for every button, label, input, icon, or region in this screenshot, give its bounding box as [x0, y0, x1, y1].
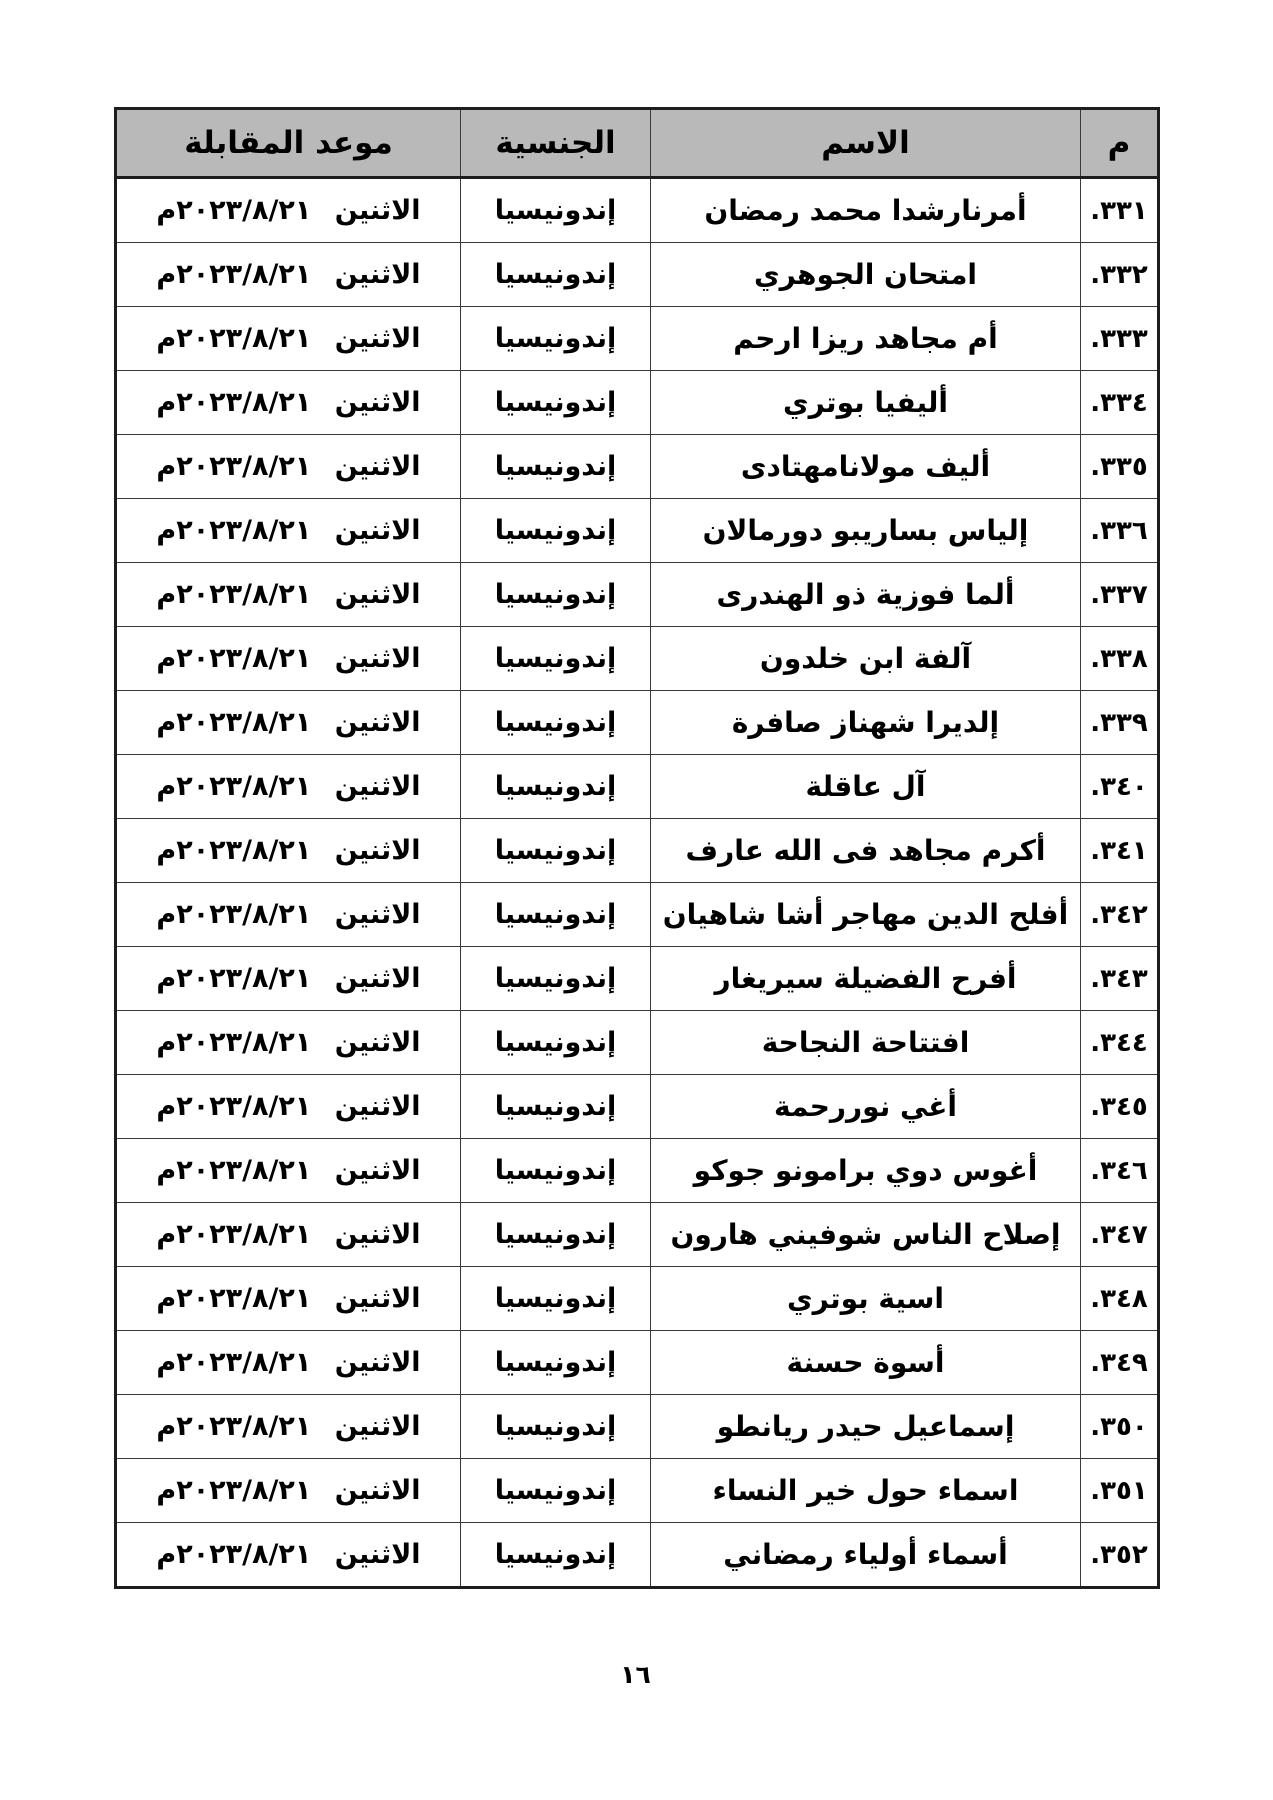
row-appointment-cell: الاثنين ٢٠٢٣/٨/٢١م [116, 819, 461, 883]
table-row: ٣٥١. اسماء حول خير النساء إندونيسيا الاث… [116, 1459, 1159, 1523]
row-name-cell: أغي نوررحمة [651, 1075, 1081, 1139]
row-name-cell: ألما فوزية ذو الهندرى [651, 563, 1081, 627]
row-appointment-cell: الاثنين ٢٠٢٣/٨/٢١م [116, 1523, 461, 1588]
row-name-cell: إلياس بساريبو دورمالان [651, 499, 1081, 563]
row-nationality-cell: إندونيسيا [461, 691, 651, 755]
row-number-cell: ٣٤٩. [1081, 1331, 1159, 1395]
table-row: ٣٤٢. أفلح الدين مهاجر أشا شاهيان إندونيس… [116, 883, 1159, 947]
row-number-cell: ٣٣٦. [1081, 499, 1159, 563]
table-row: ٣٣٢. امتحان الجوهري إندونيسيا الاثنين ٢٠… [116, 243, 1159, 307]
row-appointment-cell: الاثنين ٢٠٢٣/٨/٢١م [116, 307, 461, 371]
row-name-cell: إصلاح الناس شوفيني هارون [651, 1203, 1081, 1267]
table-row: ٣٤٦. أغوس دوي برامونو جوكو إندونيسيا الا… [116, 1139, 1159, 1203]
table-row: ٣٤٣. أفرح الفضيلة سيريغار إندونيسيا الاث… [116, 947, 1159, 1011]
row-nationality-cell: إندونيسيا [461, 755, 651, 819]
row-name-cell: افتتاحة النجاحة [651, 1011, 1081, 1075]
row-appointment-cell: الاثنين ٢٠٢٣/٨/٢١م [116, 563, 461, 627]
row-nationality-cell: إندونيسيا [461, 563, 651, 627]
row-name-cell: أسماء أولياء رمضاني [651, 1523, 1081, 1588]
row-appointment-cell: الاثنين ٢٠٢٣/٨/٢١م [116, 1459, 461, 1523]
row-nationality-cell: إندونيسيا [461, 1331, 651, 1395]
row-name-cell: أكرم مجاهد فى الله عارف [651, 819, 1081, 883]
table-row: ٣٣٨. آلفة ابن خلدون إندونيسيا الاثنين ٢٠… [116, 627, 1159, 691]
table-row: ٣٤٧. إصلاح الناس شوفيني هارون إندونيسيا … [116, 1203, 1159, 1267]
row-nationality-cell: إندونيسيا [461, 435, 651, 499]
row-number-cell: ٣٣٧. [1081, 563, 1159, 627]
table-row: ٣٤٨. اسية بوتري إندونيسيا الاثنين ٢٠٢٣/٨… [116, 1267, 1159, 1331]
row-appointment-cell: الاثنين ٢٠٢٣/٨/٢١م [116, 1011, 461, 1075]
row-name-cell: أم مجاهد ريزا ارحم [651, 307, 1081, 371]
table-row: ٣٣٧. ألما فوزية ذو الهندرى إندونيسيا الا… [116, 563, 1159, 627]
row-appointment-cell: الاثنين ٢٠٢٣/٨/٢١م [116, 371, 461, 435]
table-body: ٣٣١. أمرنارشدا محمد رمضان إندونيسيا الاث… [116, 178, 1159, 1588]
row-number-cell: ٣٤٦. [1081, 1139, 1159, 1203]
table-row: ٣٣٣. أم مجاهد ريزا ارحم إندونيسيا الاثني… [116, 307, 1159, 371]
header-appointment: موعد المقابلة [116, 109, 461, 178]
row-name-cell: اسماء حول خير النساء [651, 1459, 1081, 1523]
row-nationality-cell: إندونيسيا [461, 1075, 651, 1139]
row-number-cell: ٣٤٨. [1081, 1267, 1159, 1331]
row-nationality-cell: إندونيسيا [461, 627, 651, 691]
row-number-cell: ٣٣٩. [1081, 691, 1159, 755]
row-name-cell: أفرح الفضيلة سيريغار [651, 947, 1081, 1011]
row-nationality-cell: إندونيسيا [461, 1139, 651, 1203]
row-number-cell: ٣٤٤. [1081, 1011, 1159, 1075]
table-row: ٣٣٤. أليفيا بوتري إندونيسيا الاثنين ٢٠٢٣… [116, 371, 1159, 435]
page-number: ١٦ [114, 1660, 1157, 1689]
row-appointment-cell: الاثنين ٢٠٢٣/٨/٢١م [116, 1075, 461, 1139]
table-row: ٣٥٠. إسماعيل حيدر ريانطو إندونيسيا الاثن… [116, 1395, 1159, 1459]
table-row: ٣٤٩. أسوة حسنة إندونيسيا الاثنين ٢٠٢٣/٨/… [116, 1331, 1159, 1395]
row-appointment-cell: الاثنين ٢٠٢٣/٨/٢١م [116, 883, 461, 947]
row-name-cell: امتحان الجوهري [651, 243, 1081, 307]
row-nationality-cell: إندونيسيا [461, 178, 651, 243]
row-nationality-cell: إندونيسيا [461, 1267, 651, 1331]
row-appointment-cell: الاثنين ٢٠٢٣/٨/٢١م [116, 1395, 461, 1459]
row-number-cell: ٣٣٨. [1081, 627, 1159, 691]
row-name-cell: أسوة حسنة [651, 1331, 1081, 1395]
header-number: م [1081, 109, 1159, 178]
row-number-cell: ٣٤٠. [1081, 755, 1159, 819]
row-number-cell: ٣٤٧. [1081, 1203, 1159, 1267]
row-appointment-cell: الاثنين ٢٠٢٣/٨/٢١م [116, 947, 461, 1011]
row-appointment-cell: الاثنين ٢٠٢٣/٨/٢١م [116, 178, 461, 243]
row-name-cell: أليف مولانامهتادى [651, 435, 1081, 499]
row-appointment-cell: الاثنين ٢٠٢٣/٨/٢١م [116, 1139, 461, 1203]
row-appointment-cell: الاثنين ٢٠٢٣/٨/٢١م [116, 1203, 461, 1267]
table-row: ٣٤٥. أغي نوررحمة إندونيسيا الاثنين ٢٠٢٣/… [116, 1075, 1159, 1139]
row-appointment-cell: الاثنين ٢٠٢٣/٨/٢١م [116, 755, 461, 819]
row-nationality-cell: إندونيسيا [461, 1459, 651, 1523]
row-nationality-cell: إندونيسيا [461, 243, 651, 307]
row-number-cell: ٣٥٠. [1081, 1395, 1159, 1459]
table-row: ٣٥٢. أسماء أولياء رمضاني إندونيسيا الاثن… [116, 1523, 1159, 1588]
header-name: الاسم [651, 109, 1081, 178]
row-name-cell: أفلح الدين مهاجر أشا شاهيان [651, 883, 1081, 947]
row-nationality-cell: إندونيسيا [461, 1395, 651, 1459]
row-number-cell: ٣٤٥. [1081, 1075, 1159, 1139]
row-number-cell: ٣٥١. [1081, 1459, 1159, 1523]
row-nationality-cell: إندونيسيا [461, 1011, 651, 1075]
table-row: ٣٣١. أمرنارشدا محمد رمضان إندونيسيا الاث… [116, 178, 1159, 243]
row-number-cell: ٣٥٢. [1081, 1523, 1159, 1588]
row-appointment-cell: الاثنين ٢٠٢٣/٨/٢١م [116, 499, 461, 563]
row-nationality-cell: إندونيسيا [461, 499, 651, 563]
header-row: م الاسم الجنسية موعد المقابلة [116, 109, 1159, 178]
row-appointment-cell: الاثنين ٢٠٢٣/٨/٢١م [116, 435, 461, 499]
row-appointment-cell: الاثنين ٢٠٢٣/٨/٢١م [116, 627, 461, 691]
interview-schedule-table: م الاسم الجنسية موعد المقابلة ٣٣١. أمرنا… [114, 107, 1160, 1589]
row-nationality-cell: إندونيسيا [461, 883, 651, 947]
table-row: ٣٣٦. إلياس بساريبو دورمالان إندونيسيا ال… [116, 499, 1159, 563]
row-name-cell: إسماعيل حيدر ريانطو [651, 1395, 1081, 1459]
row-number-cell: ٣٤٢. [1081, 883, 1159, 947]
row-appointment-cell: الاثنين ٢٠٢٣/٨/٢١م [116, 243, 461, 307]
table-row: ٣٣٩. إلديرا شهناز صافرة إندونيسيا الاثني… [116, 691, 1159, 755]
row-nationality-cell: إندونيسيا [461, 371, 651, 435]
row-nationality-cell: إندونيسيا [461, 819, 651, 883]
row-number-cell: ٣٣٢. [1081, 243, 1159, 307]
row-nationality-cell: إندونيسيا [461, 1523, 651, 1588]
row-nationality-cell: إندونيسيا [461, 947, 651, 1011]
table-row: ٣٣٥. أليف مولانامهتادى إندونيسيا الاثنين… [116, 435, 1159, 499]
document-page: م الاسم الجنسية موعد المقابلة ٣٣١. أمرنا… [0, 0, 1273, 1800]
row-name-cell: أمرنارشدا محمد رمضان [651, 178, 1081, 243]
table-row: ٣٤٠. آل عاقلة إندونيسيا الاثنين ٢٠٢٣/٨/٢… [116, 755, 1159, 819]
row-number-cell: ٣٣٤. [1081, 371, 1159, 435]
table-row: ٣٤١. أكرم مجاهد فى الله عارف إندونيسيا ا… [116, 819, 1159, 883]
row-name-cell: آلفة ابن خلدون [651, 627, 1081, 691]
row-name-cell: آل عاقلة [651, 755, 1081, 819]
row-number-cell: ٣٣٣. [1081, 307, 1159, 371]
row-appointment-cell: الاثنين ٢٠٢٣/٨/٢١م [116, 691, 461, 755]
row-number-cell: ٣٤١. [1081, 819, 1159, 883]
row-nationality-cell: إندونيسيا [461, 1203, 651, 1267]
row-number-cell: ٣٣١. [1081, 178, 1159, 243]
row-name-cell: أليفيا بوتري [651, 371, 1081, 435]
header-nationality: الجنسية [461, 109, 651, 178]
row-appointment-cell: الاثنين ٢٠٢٣/٨/٢١م [116, 1331, 461, 1395]
row-appointment-cell: الاثنين ٢٠٢٣/٨/٢١م [116, 1267, 461, 1331]
row-number-cell: ٣٤٣. [1081, 947, 1159, 1011]
table-row: ٣٤٤. افتتاحة النجاحة إندونيسيا الاثنين ٢… [116, 1011, 1159, 1075]
row-name-cell: أغوس دوي برامونو جوكو [651, 1139, 1081, 1203]
row-name-cell: إلديرا شهناز صافرة [651, 691, 1081, 755]
row-name-cell: اسية بوتري [651, 1267, 1081, 1331]
row-number-cell: ٣٣٥. [1081, 435, 1159, 499]
row-nationality-cell: إندونيسيا [461, 307, 651, 371]
